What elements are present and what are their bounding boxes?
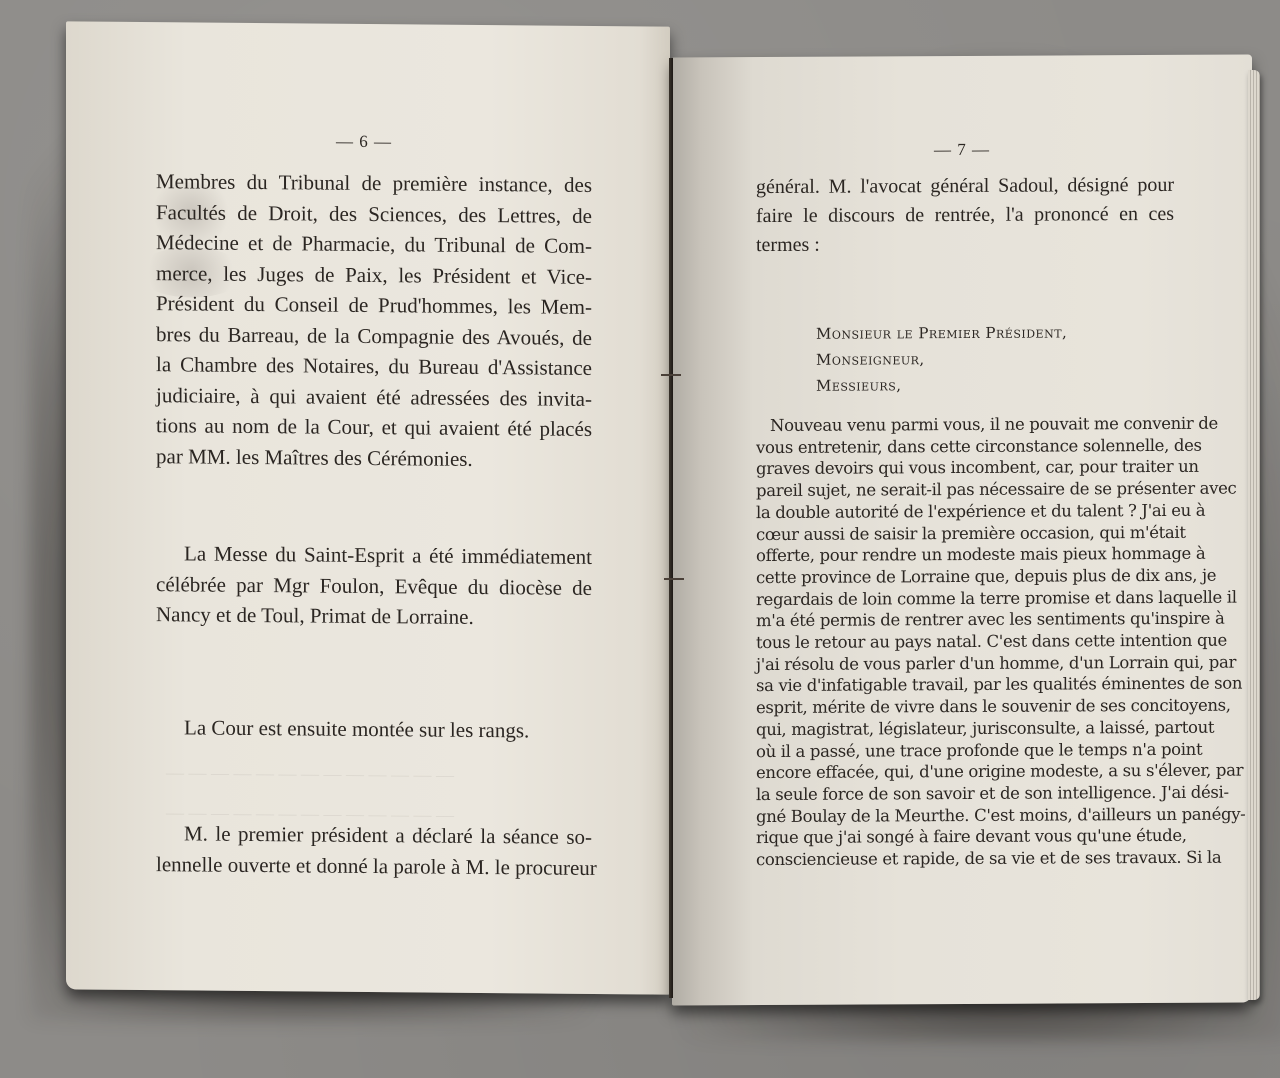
text-line: esprit, mérite de vivre dans le souvenir…	[756, 695, 1174, 719]
text-line: cette province de Lorraine que, depuis p…	[756, 565, 1174, 589]
text-line: offerte, pour rendre un modeste mais pie…	[756, 543, 1174, 567]
text-line: Médecine et de Pharmacie, du Tribunal de…	[156, 227, 592, 261]
salutation-line: Messieurs,	[816, 371, 1067, 398]
text-line: tions au nom de la Cour, et qui avaient …	[156, 410, 592, 444]
right-page: — 7 — général. M. l'avocat général Sadou…	[672, 54, 1252, 1005]
text-line: célébrée par Mgr Foulon, Evêque du diocè…	[156, 569, 592, 603]
paragraph-opening: M. le premier président a déclaré la séa…	[156, 818, 592, 883]
text-line: consciencieuse et rapide, de sa vie et d…	[756, 847, 1174, 871]
text-line: où il a passé, une trace profonde que le…	[756, 738, 1174, 762]
binding-stitch	[661, 374, 681, 376]
text-line: regardais de loin comme la terre promise…	[756, 587, 1174, 611]
text-line: faire le discours de rentrée, l'a pronon…	[756, 200, 1174, 231]
text-line: la Chambre des Notaires, du Bureau d'Ass…	[156, 349, 592, 383]
text-line: Facultés de Droit, des Sciences, des Let…	[156, 197, 592, 231]
text-line: général. M. l'avocat général Sadoul, dés…	[756, 171, 1174, 202]
text-line: Membres du Tribunal de première instance…	[156, 166, 592, 200]
text-line: par MM. les Maîtres des Cérémonies.	[156, 441, 592, 475]
binding-stitch	[664, 578, 684, 580]
text-line: La Cour est ensuite montée sur les rangs…	[156, 712, 592, 746]
speech-body: Nouveau venu parmi vous, il ne pouvait m…	[756, 413, 1174, 871]
text-line: tous le retour au pays natal. C'est dans…	[756, 630, 1174, 654]
book-spine	[669, 58, 673, 998]
text-line: encore effacée, qui, d'une origine modes…	[756, 760, 1174, 784]
text-line: lennelle ouverte et donné la parole à M.…	[156, 849, 592, 883]
text-line: pareil sujet, ne serait-il pas nécessair…	[756, 478, 1174, 502]
salutation: Monsieur le Premier Président, Monseigne…	[816, 319, 1067, 398]
paragraph-court: La Cour est ensuite montée sur les rangs…	[156, 712, 592, 746]
bleed-through-text: — — — — — — — — — — — — —	[166, 762, 454, 786]
salutation-line: Monsieur le Premier Président,	[816, 319, 1067, 346]
text-line: la seule force de son savoir et de son i…	[756, 782, 1174, 806]
page-edges	[1248, 70, 1260, 1000]
text-line: Président du Conseil de Prud'hommes, les…	[156, 288, 592, 322]
paragraph-attendees: Membres du Tribunal de première instance…	[156, 166, 592, 475]
paragraph-mass: La Messe du Saint-Esprit a été immédiate…	[156, 538, 592, 633]
text-line: merce, les Juges de Paix, les Président …	[156, 258, 592, 292]
text-line: vous entretenir, dans cette circonstance…	[756, 435, 1174, 459]
text-line: graves devoirs qui vous incombent, car, …	[756, 456, 1174, 480]
text-line: termes :	[756, 229, 1174, 260]
text-line: Nouveau venu parmi vous, il ne pouvait m…	[756, 413, 1174, 437]
page-number: — 7 —	[934, 140, 990, 160]
text-line: la double autorité de l'expérience et du…	[756, 500, 1174, 524]
text-line: cœur aussi de saisir la première occasio…	[756, 521, 1174, 545]
left-page: — — — — — — — — — — — — — — — — — — — — …	[66, 21, 670, 994]
text-line: M. le premier président a déclaré la séa…	[156, 818, 592, 852]
salutation-line: Monseigneur,	[816, 345, 1067, 372]
text-line: La Messe du Saint-Esprit a été immédiate…	[156, 538, 592, 572]
text-line: qui, magistrat, législateur, jurisconsul…	[756, 717, 1174, 741]
text-line: sa vie d'infatigable travail, par les qu…	[756, 673, 1174, 697]
page-number: — 6 —	[336, 132, 392, 152]
text-line: j'ai résolu de vous parler d'un homme, d…	[756, 652, 1174, 676]
text-line: rique que j'ai songé à faire devant vous…	[756, 825, 1174, 849]
text-line: Nancy et de Toul, Primat de Lorraine.	[156, 599, 592, 633]
text-line: judiciaire, à qui avaient été adressées …	[156, 380, 592, 414]
paragraph-intro: général. M. l'avocat général Sadoul, dés…	[756, 171, 1174, 260]
text-line: bres du Barreau, de la Compagnie des Avo…	[156, 319, 592, 353]
text-line: m'a été permis de rentrer avec les senti…	[756, 608, 1174, 632]
text-line: gné Boulay de la Meurthe. C'est moins, d…	[756, 804, 1174, 828]
